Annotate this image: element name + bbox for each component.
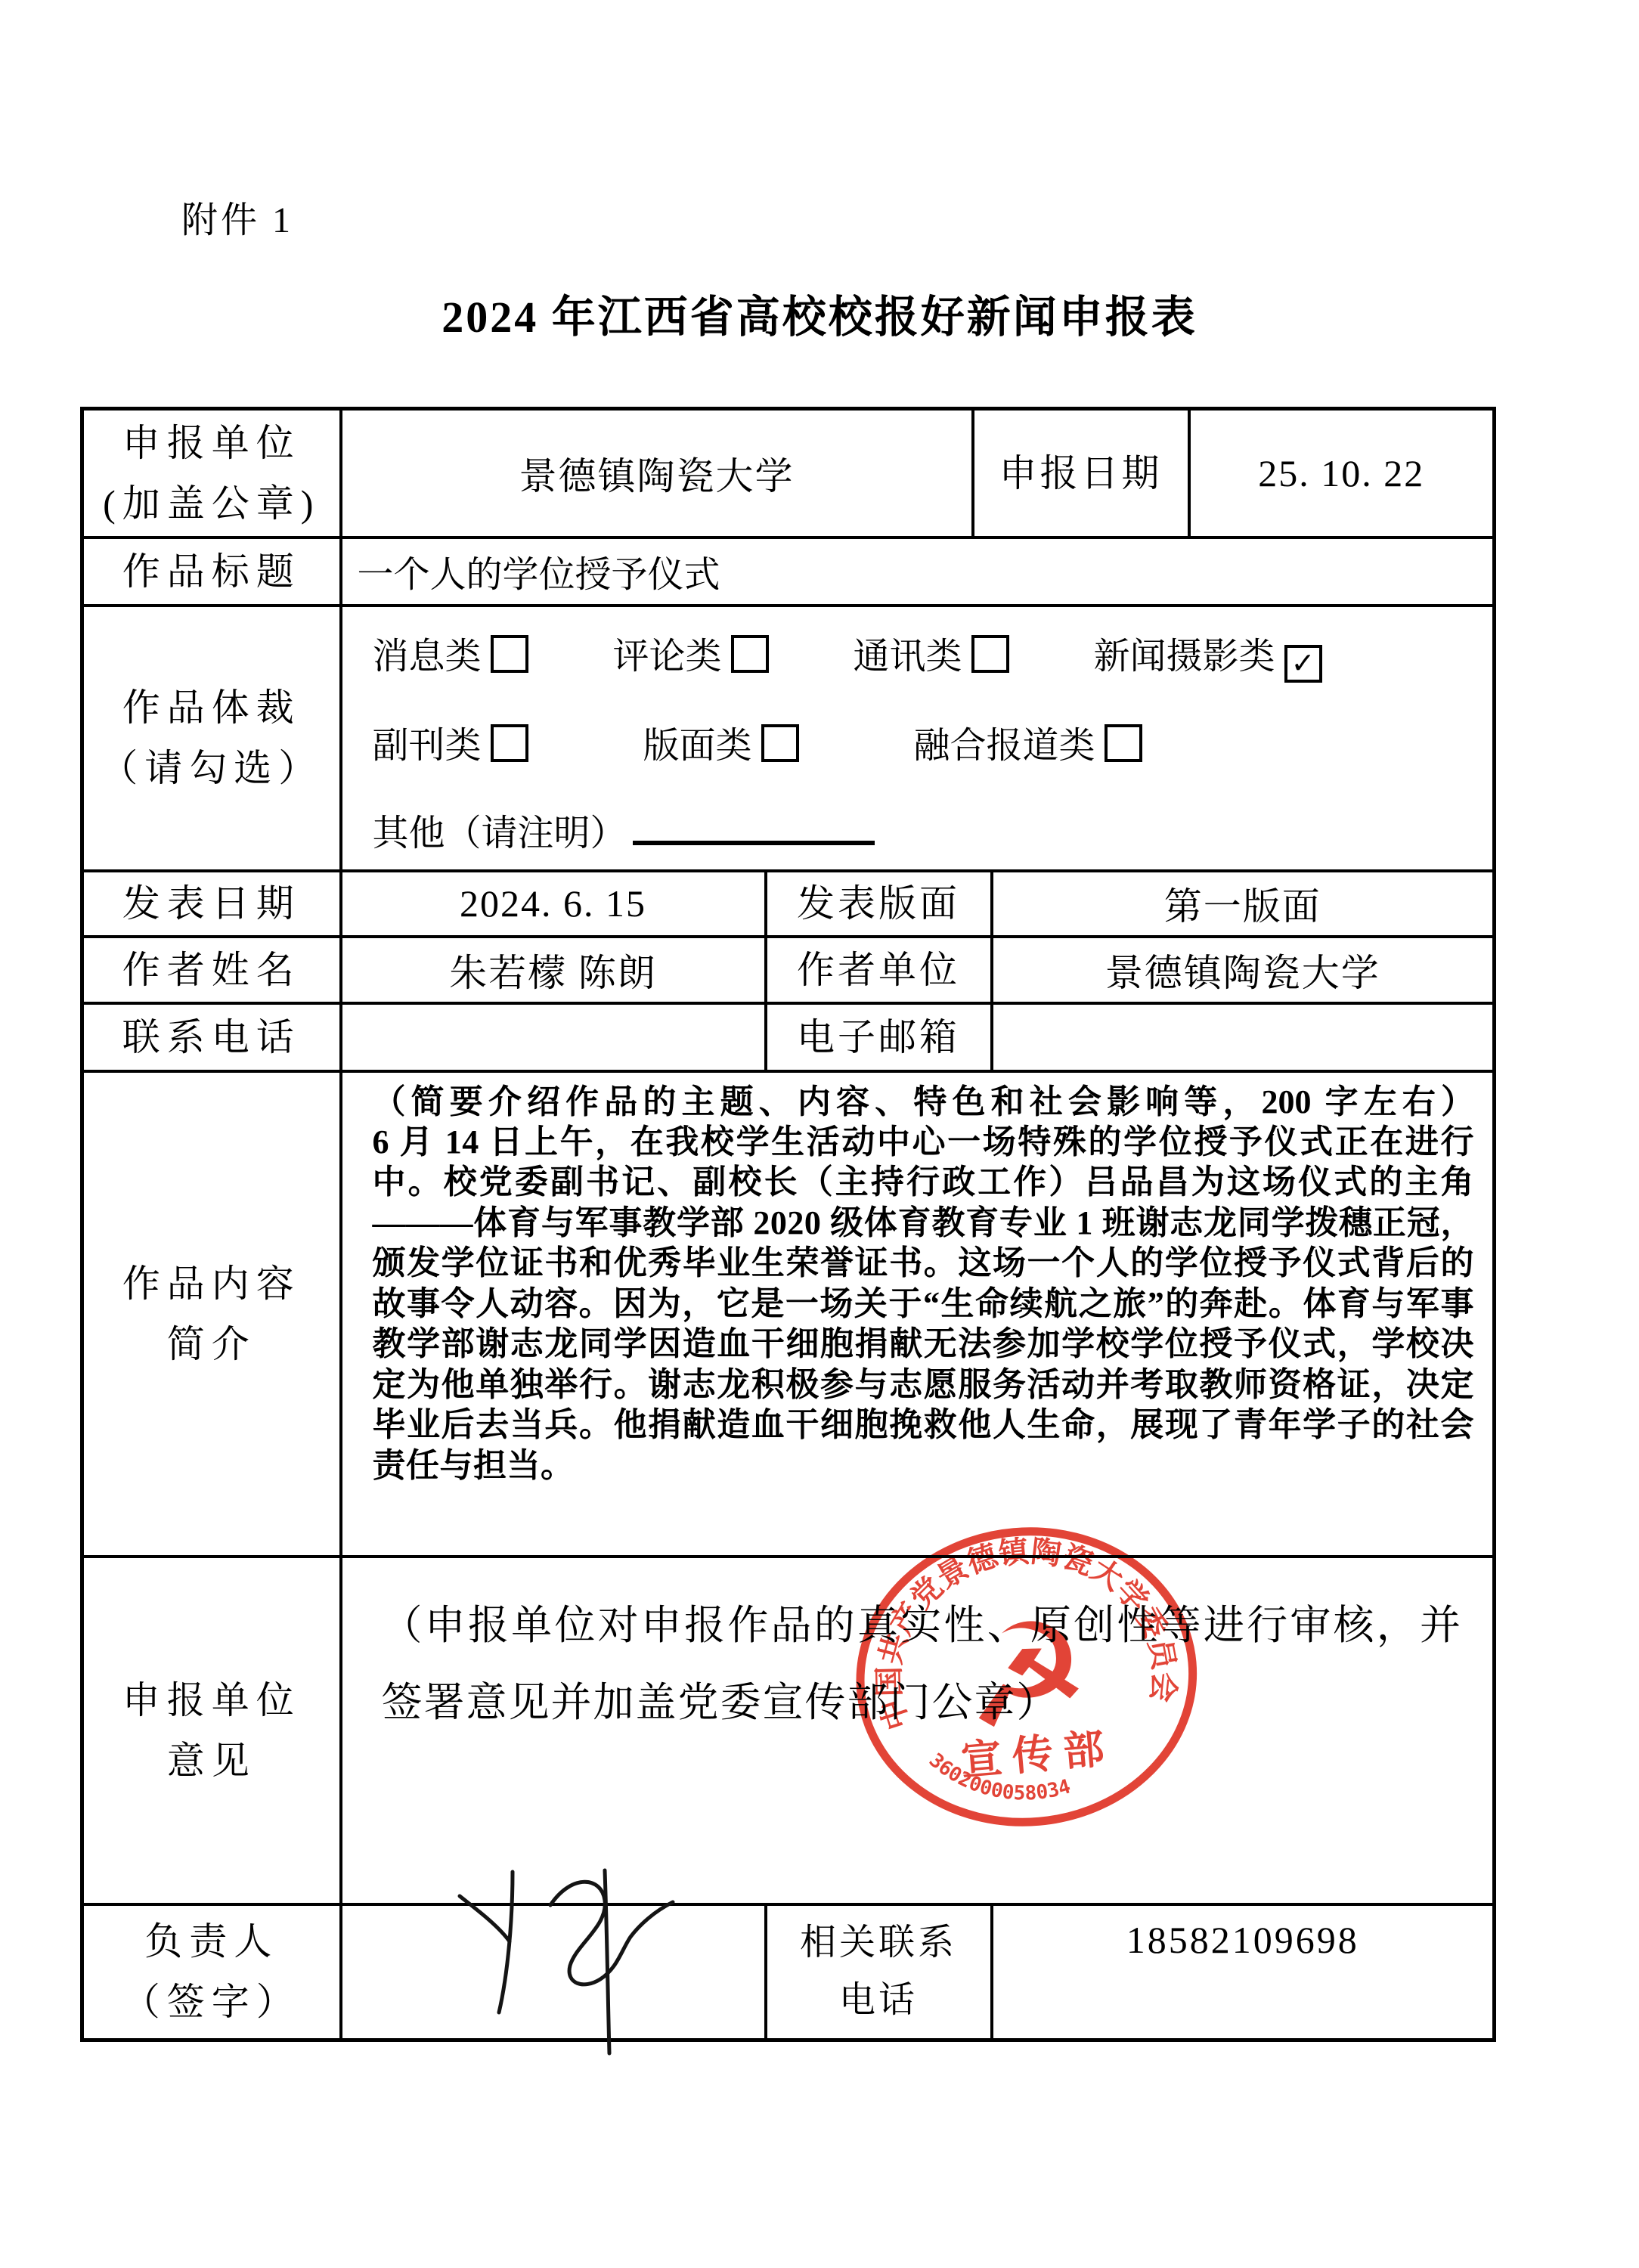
field-label-related-phone: 相关联系 电话 — [766, 1904, 992, 2040]
checkbox-fusion[interactable] — [1105, 724, 1142, 762]
checkbox-layout[interactable] — [761, 724, 799, 762]
field-label-declare-unit: 申报单位 (加盖公章) — [82, 409, 341, 538]
field-value-author-unit: 景德镇陶瓷大学 — [992, 937, 1495, 1003]
row-declare-unit: 申报单位 (加盖公章) 景德镇陶瓷大学 申报日期 25. 10. 22 — [82, 409, 1495, 538]
genre-option-news-photo-label: 新闻摄影类 — [1094, 637, 1275, 677]
field-label-opinion: 申报单位 意见 — [82, 1557, 341, 1904]
page-title: 2024 年江西省高校校报好新闻申报表 — [0, 281, 1639, 345]
checkbox-news-photo-mark: ✓ — [1291, 646, 1315, 680]
genre-option-news-photo: 新闻摄影类✓ — [1094, 627, 1322, 683]
field-label-contact-phone: 联系电话 — [82, 1003, 341, 1071]
summary-body: 6 月 14 日上午，在我校学生活动中心一场特殊的学位授予仪式正在进行中。校党委… — [373, 1122, 1475, 1486]
row-responsible: 负责人 （签字） 相关联系 电话 18582109698 — [82, 1904, 1495, 2040]
genre-option-fusion-label: 融合报道类 — [914, 726, 1095, 766]
genre-option-comment: 评论类 — [613, 627, 769, 679]
genre-option-news-label: 消息类 — [373, 637, 482, 677]
checkbox-supplement[interactable] — [491, 724, 528, 762]
genre-option-layout: 版面类 — [643, 716, 799, 768]
genre-option-communication: 通讯类 — [854, 627, 1009, 679]
genre-option-layout-label: 版面类 — [643, 726, 752, 766]
field-value-responsible-signature — [341, 1904, 766, 2040]
checkbox-news-photo[interactable]: ✓ — [1284, 645, 1322, 683]
checkbox-news[interactable] — [491, 635, 528, 673]
row-opinion: 申报单位 意见 （申报单位对申报作品的真实性、原创性等进行审核，并签署意见并加盖… — [82, 1557, 1495, 1904]
field-value-declare-unit: 景德镇陶瓷大学 — [341, 409, 973, 538]
field-value-author-name: 朱若檬 陈朗 — [341, 937, 766, 1003]
summary-hint: （简要介绍作品的主题、内容、特色和社会影响等，200 字左右） — [373, 1082, 1475, 1122]
genre-option-news: 消息类 — [373, 627, 528, 679]
attachment-label: 附件 1 — [181, 191, 293, 243]
field-value-work-title: 一个人的学位授予仪式 — [341, 538, 1495, 606]
genre-line-other: 其他（请注明） — [373, 801, 1493, 856]
field-label-publish-date: 发表日期 — [82, 871, 341, 937]
field-label-summary: 作品内容 简介 — [82, 1071, 341, 1557]
application-form-table: 申报单位 (加盖公章) 景德镇陶瓷大学 申报日期 25. 10. 22 作品标题… — [80, 407, 1496, 2042]
field-value-publish-date: 2024. 6. 15 — [341, 871, 766, 937]
field-label-publish-layout: 发表版面 — [766, 871, 992, 937]
field-value-contact-phone[interactable] — [341, 1003, 766, 1071]
field-label-author-unit: 作者单位 — [766, 937, 992, 1003]
genre-options: 消息类 评论类 通讯类 新闻摄影类✓ 副刊类 版面类 融合报道类 其他（请注明） — [341, 606, 1495, 871]
field-label-work-title: 作品标题 — [82, 538, 341, 606]
opinion-note: （申报单位对申报作品的真实性、原创性等进行审核，并签署意见并加盖党委宣传部门公章… — [382, 1587, 1463, 1741]
field-value-summary: （简要介绍作品的主题、内容、特色和社会影响等，200 字左右） 6 月 14 日… — [341, 1071, 1495, 1557]
field-value-email[interactable] — [992, 1003, 1495, 1071]
genre-option-supplement-label: 副刊类 — [373, 726, 482, 766]
field-value-related-phone: 18582109698 — [992, 1904, 1495, 2040]
genre-option-communication-label: 通讯类 — [854, 637, 962, 677]
genre-option-supplement: 副刊类 — [373, 716, 528, 768]
field-value-publish-layout: 第一版面 — [992, 871, 1495, 937]
genre-line-1: 消息类 评论类 通讯类 新闻摄影类✓ — [373, 627, 1493, 683]
row-publish: 发表日期 2024. 6. 15 发表版面 第一版面 — [82, 871, 1495, 937]
genre-option-fusion: 融合报道类 — [914, 716, 1142, 768]
checkbox-communication[interactable] — [971, 635, 1009, 673]
row-author: 作者姓名 朱若檬 陈朗 作者单位 景德镇陶瓷大学 — [82, 937, 1495, 1003]
checkbox-comment[interactable] — [731, 635, 769, 673]
field-label-author-name: 作者姓名 — [82, 937, 341, 1003]
row-work-title: 作品标题 一个人的学位授予仪式 — [82, 538, 1495, 606]
row-contact: 联系电话 电子邮箱 — [82, 1003, 1495, 1071]
genre-other-label: 其他（请注明） — [373, 813, 627, 854]
field-label-declare-date: 申报日期 — [973, 409, 1189, 538]
genre-other-blank-input[interactable] — [633, 801, 875, 845]
field-label-responsible: 负责人 （签字） — [82, 1904, 341, 2040]
genre-line-2: 副刊类 版面类 融合报道类 — [373, 716, 1493, 768]
field-label-email: 电子邮箱 — [766, 1003, 992, 1071]
field-value-opinion: （申报单位对申报作品的真实性、原创性等进行审核，并签署意见并加盖党委宣传部门公章… — [341, 1557, 1495, 1904]
genre-option-comment-label: 评论类 — [613, 637, 722, 677]
field-value-declare-date: 25. 10. 22 — [1189, 409, 1495, 538]
row-genre: 作品体裁 （请勾选） 消息类 评论类 通讯类 新闻摄影类✓ 副刊类 版面类 融合… — [82, 606, 1495, 871]
row-summary: 作品内容 简介 （简要介绍作品的主题、内容、特色和社会影响等，200 字左右） … — [82, 1071, 1495, 1557]
field-label-genre: 作品体裁 （请勾选） — [82, 606, 341, 871]
